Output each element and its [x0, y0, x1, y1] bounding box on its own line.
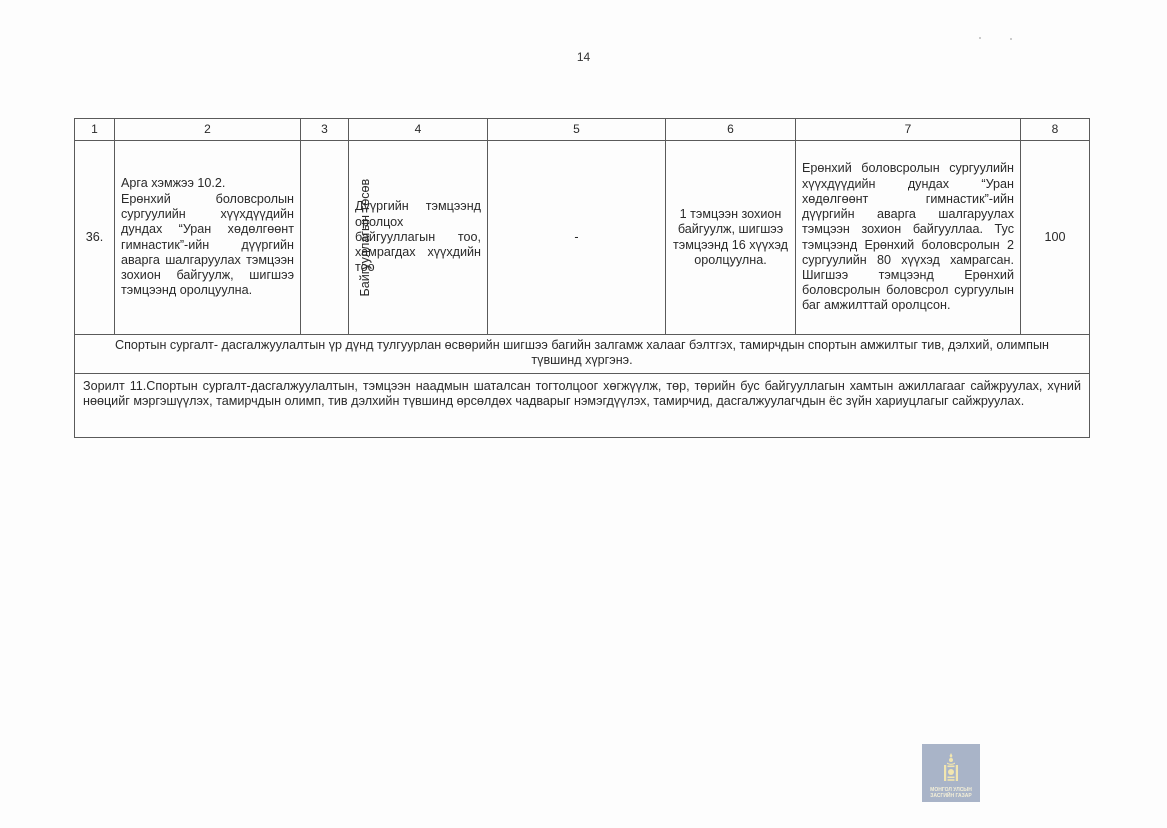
measure-cell: Арга хэмжээ 10.2. Ерөнхий боловсролын су…: [115, 141, 301, 335]
funding-text: Байгууллагын төсөв: [358, 179, 373, 297]
objective-row: Зорилт 11.Спортын сургалт-дасгалжуулалты…: [75, 373, 1090, 437]
goal-text: Спортын сургалт- дасгалжуулалтын үр дүнд…: [75, 335, 1090, 374]
scan-speck: [979, 37, 981, 39]
measure-text: Ерөнхий боловсролын сургуулийн хүүхдүүди…: [121, 192, 294, 299]
table-row: 36. Арга хэмжээ 10.2. Ерөнхий боловсролы…: [75, 141, 1090, 335]
progress-cell: Ерөнхий боловсролын сургуулийн хүүхдүүди…: [796, 141, 1021, 335]
government-logo: МОНГОЛ УЛСЫН ЗАСГИЙН ГАЗАР: [922, 744, 980, 802]
soyombo-emblem-icon: [942, 753, 960, 783]
funding-cell: Байгууллагын төсөв: [301, 141, 349, 335]
column-header: 8: [1021, 119, 1090, 141]
scan-speck: [1010, 38, 1012, 40]
column-header: 1: [75, 119, 115, 141]
logo-text: МОНГОЛ УЛСЫН ЗАСГИЙН ГАЗАР: [930, 787, 972, 799]
measure-title: Арга хэмжээ 10.2.: [121, 176, 294, 191]
score-cell: 100: [1021, 141, 1090, 335]
baseline-cell: -: [488, 141, 666, 335]
column-header: 6: [666, 119, 796, 141]
page-number: 14: [0, 50, 1167, 64]
column-header: 4: [349, 119, 488, 141]
column-header: 5: [488, 119, 666, 141]
column-header: 2: [115, 119, 301, 141]
column-header: 7: [796, 119, 1021, 141]
target-cell: 1 тэмцээн зохион байгуулж, шигшээ тэмцээ…: [666, 141, 796, 335]
column-number-header-row: 1 2 3 4 5 6 7 8: [75, 119, 1090, 141]
column-header: 3: [301, 119, 349, 141]
row-number: 36.: [75, 141, 115, 335]
report-table: 1 2 3 4 5 6 7 8 36. Арга хэмжээ 10.2. Ер…: [74, 118, 1090, 438]
objective-text: Зорилт 11.Спортын сургалт-дасгалжуулалты…: [75, 373, 1090, 437]
goal-row: Спортын сургалт- дасгалжуулалтын үр дүнд…: [75, 335, 1090, 374]
